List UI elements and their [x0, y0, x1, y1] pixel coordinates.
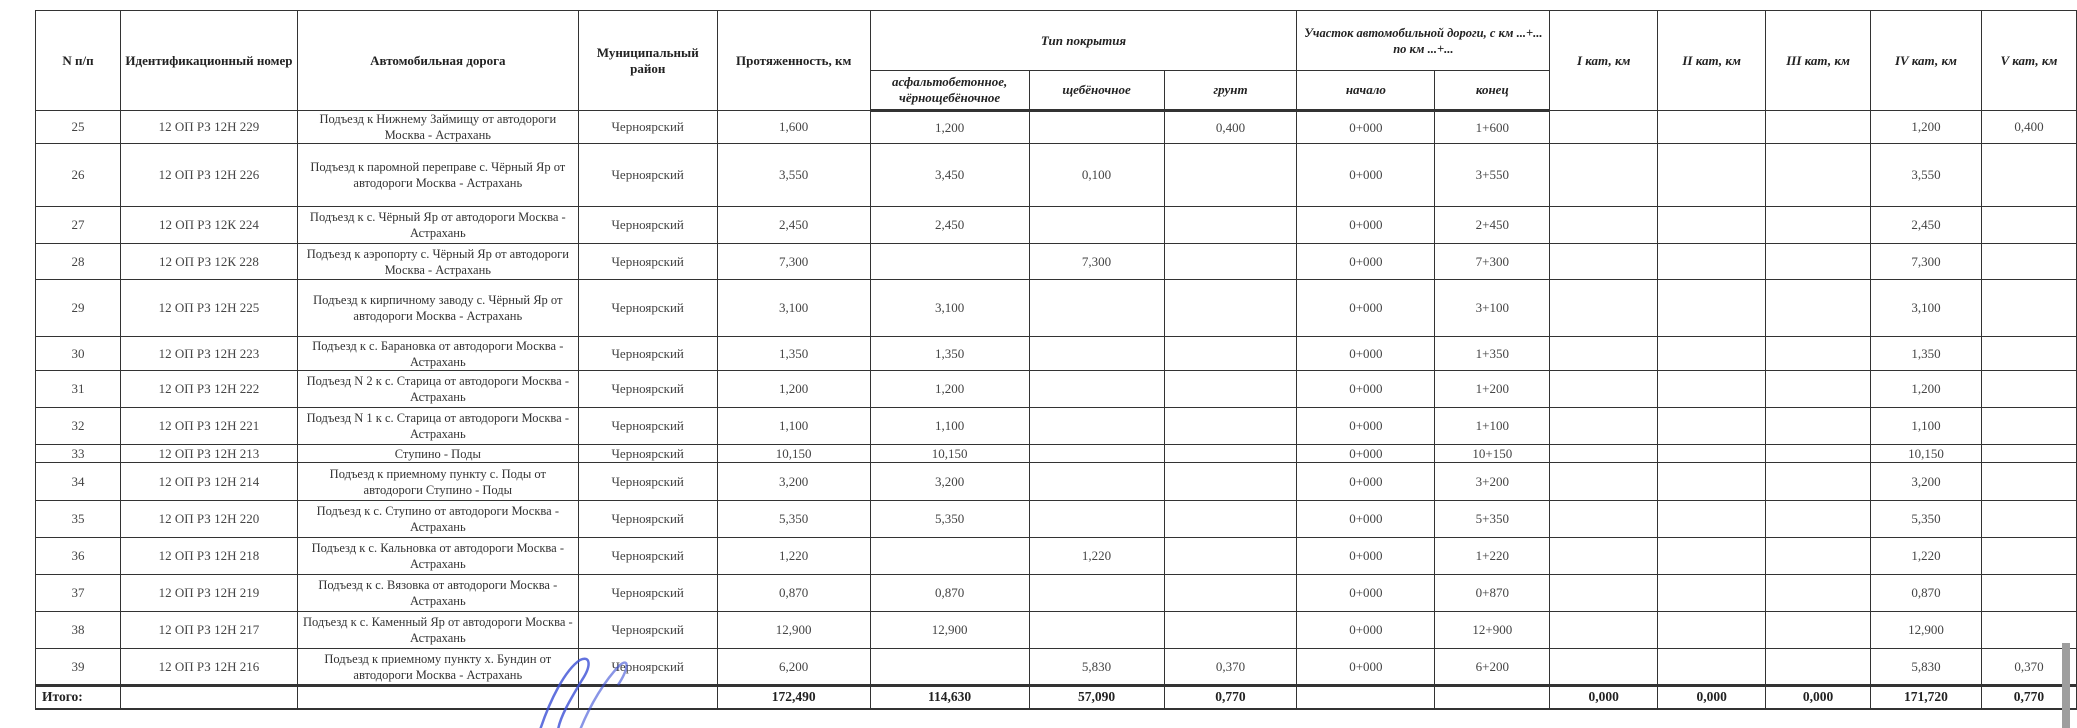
table-row: 2612 ОП РЗ 12Н 226Подъезд к паромной пер…	[36, 144, 2077, 207]
row-start: 0+000	[1297, 244, 1435, 280]
row-cat-5	[1981, 445, 2076, 463]
row-road: Подъезд к приемному пункту х. Бундин от …	[297, 649, 578, 686]
row-id: 12 ОП РЗ 12Н 216	[120, 649, 297, 686]
table-row: 3012 ОП РЗ 12Н 223Подъезд к с. Барановка…	[36, 337, 2077, 371]
row-asphalt: 3,200	[870, 463, 1029, 501]
row-road: Подъезд к Нижнему Займищу от автодороги …	[297, 111, 578, 144]
row-cat-3	[1766, 538, 1871, 575]
row-cat-1	[1550, 280, 1658, 337]
header-district: Муниципальный район	[578, 11, 717, 111]
row-length: 1,200	[717, 371, 870, 408]
row-gravel	[1029, 207, 1164, 244]
row-number: 28	[36, 244, 121, 280]
row-gravel	[1029, 612, 1164, 649]
row-cat-3	[1766, 612, 1871, 649]
row-id: 12 ОП РЗ 12Н 214	[120, 463, 297, 501]
row-soil	[1164, 612, 1297, 649]
row-cat-2	[1658, 111, 1766, 144]
row-cat-4: 10,150	[1871, 445, 1982, 463]
row-district: Черноярский	[578, 501, 717, 538]
row-cat-5	[1981, 207, 2076, 244]
row-district: Черноярский	[578, 207, 717, 244]
row-district: Черноярский	[578, 408, 717, 445]
row-cat-2	[1658, 337, 1766, 371]
row-end: 1+200	[1435, 371, 1550, 408]
header-cat-3: III кат, км	[1766, 11, 1871, 111]
row-cat-1	[1550, 649, 1658, 686]
row-cat-1	[1550, 111, 1658, 144]
row-number: 35	[36, 501, 121, 538]
row-number: 36	[36, 538, 121, 575]
row-cat-4: 3,200	[1871, 463, 1982, 501]
total-asphalt: 114,630	[870, 686, 1029, 709]
row-soil	[1164, 501, 1297, 538]
row-cat-2	[1658, 445, 1766, 463]
row-number: 30	[36, 337, 121, 371]
row-asphalt: 0,870	[870, 575, 1029, 612]
header-section-group: Участок автомобильной дороги, с км ...+.…	[1297, 11, 1550, 71]
row-district: Черноярский	[578, 649, 717, 686]
row-asphalt: 1,200	[870, 371, 1029, 408]
table-row: 3612 ОП РЗ 12Н 218Подъезд к с. Кальновка…	[36, 538, 2077, 575]
row-cat-5	[1981, 501, 2076, 538]
row-cat-4: 1,200	[1871, 371, 1982, 408]
row-gravel	[1029, 501, 1164, 538]
row-start: 0+000	[1297, 649, 1435, 686]
header-n: N п/п	[36, 11, 121, 111]
header-section-start: начало	[1297, 71, 1435, 111]
row-road: Подъезд к с. Кальновка от автодороги Мос…	[297, 538, 578, 575]
row-asphalt: 2,450	[870, 207, 1029, 244]
row-id: 12 ОП РЗ 12Н 213	[120, 445, 297, 463]
row-end: 1+350	[1435, 337, 1550, 371]
total-gravel: 57,090	[1029, 686, 1164, 709]
row-length: 0,870	[717, 575, 870, 612]
row-end: 3+100	[1435, 280, 1550, 337]
total-row: Итого: 172,490 114,630 57,090 0,770 0,00…	[36, 686, 2077, 709]
row-cat-4: 12,900	[1871, 612, 1982, 649]
row-start: 0+000	[1297, 612, 1435, 649]
row-gravel: 0,100	[1029, 144, 1164, 207]
row-end: 10+150	[1435, 445, 1550, 463]
row-id: 12 ОП РЗ 12Н 222	[120, 371, 297, 408]
total-cat-4: 171,720	[1871, 686, 1982, 709]
row-id: 12 ОП РЗ 12Н 225	[120, 280, 297, 337]
row-start: 0+000	[1297, 207, 1435, 244]
row-road: Подъезд к приемному пункту с. Поды от ав…	[297, 463, 578, 501]
row-soil	[1164, 371, 1297, 408]
table-row: 3312 ОП РЗ 12Н 213Ступино - ПодыЧерноярс…	[36, 445, 2077, 463]
row-district: Черноярский	[578, 445, 717, 463]
row-gravel	[1029, 408, 1164, 445]
row-cat-4: 5,350	[1871, 501, 1982, 538]
row-gravel	[1029, 371, 1164, 408]
row-district: Черноярский	[578, 575, 717, 612]
row-length: 6,200	[717, 649, 870, 686]
row-road: Подъезд к с. Барановка от автодороги Мос…	[297, 337, 578, 371]
row-soil: 0,370	[1164, 649, 1297, 686]
row-length: 7,300	[717, 244, 870, 280]
row-length: 10,150	[717, 445, 870, 463]
row-cat-3	[1766, 207, 1871, 244]
row-cat-1	[1550, 538, 1658, 575]
row-start: 0+000	[1297, 501, 1435, 538]
row-cat-4: 5,830	[1871, 649, 1982, 686]
row-start: 0+000	[1297, 445, 1435, 463]
row-gravel	[1029, 280, 1164, 337]
row-cat-2	[1658, 280, 1766, 337]
row-cat-3	[1766, 408, 1871, 445]
total-label: Итого:	[36, 686, 121, 709]
row-cat-2	[1658, 207, 1766, 244]
row-road: Подъезд к кирпичному заводу с. Чёрный Яр…	[297, 280, 578, 337]
row-number: 31	[36, 371, 121, 408]
row-cat-3	[1766, 649, 1871, 686]
row-length: 1,100	[717, 408, 870, 445]
row-cat-3	[1766, 445, 1871, 463]
row-road: Подъезд к с. Ступино от автодороги Москв…	[297, 501, 578, 538]
row-end: 7+300	[1435, 244, 1550, 280]
row-gravel: 5,830	[1029, 649, 1164, 686]
row-cat-1	[1550, 575, 1658, 612]
row-road: Ступино - Поды	[297, 445, 578, 463]
row-cat-5	[1981, 463, 2076, 501]
row-gravel	[1029, 111, 1164, 144]
row-cat-2	[1658, 244, 1766, 280]
row-gravel: 1,220	[1029, 538, 1164, 575]
row-asphalt	[870, 244, 1029, 280]
header-length: Протяженность, км	[717, 11, 870, 111]
row-id: 12 ОП РЗ 12К 228	[120, 244, 297, 280]
row-number: 39	[36, 649, 121, 686]
row-end: 12+900	[1435, 612, 1550, 649]
table-row: 3812 ОП РЗ 12Н 217Подъезд к с. Каменный …	[36, 612, 2077, 649]
row-end: 1+220	[1435, 538, 1550, 575]
row-district: Черноярский	[578, 371, 717, 408]
row-road: Подъезд к аэропорту с. Чёрный Яр от авто…	[297, 244, 578, 280]
row-cat-2	[1658, 538, 1766, 575]
row-soil	[1164, 280, 1297, 337]
row-cat-1	[1550, 337, 1658, 371]
row-id: 12 ОП РЗ 12К 224	[120, 207, 297, 244]
row-district: Черноярский	[578, 244, 717, 280]
row-number: 34	[36, 463, 121, 501]
row-asphalt: 3,100	[870, 280, 1029, 337]
row-road: Подъезд N 1 к с. Старица от автодороги М…	[297, 408, 578, 445]
row-asphalt: 5,350	[870, 501, 1029, 538]
row-asphalt: 1,200	[870, 111, 1029, 144]
row-cat-4: 1,100	[1871, 408, 1982, 445]
row-district: Черноярский	[578, 337, 717, 371]
row-district: Черноярский	[578, 538, 717, 575]
row-cat-3	[1766, 371, 1871, 408]
row-asphalt: 1,350	[870, 337, 1029, 371]
row-cat-3	[1766, 111, 1871, 144]
header-cat-4: IV кат, км	[1871, 11, 1982, 111]
row-length: 3,100	[717, 280, 870, 337]
table-row: 3212 ОП РЗ 12Н 221Подъезд N 1 к с. Стари…	[36, 408, 2077, 445]
row-length: 1,220	[717, 538, 870, 575]
row-start: 0+000	[1297, 575, 1435, 612]
row-soil	[1164, 445, 1297, 463]
row-cat-1	[1550, 501, 1658, 538]
header-surface-asphalt: асфальтобетонное, чёрнощебёночное	[870, 71, 1029, 111]
row-district: Черноярский	[578, 111, 717, 144]
row-cat-5	[1981, 408, 2076, 445]
row-asphalt: 3,450	[870, 144, 1029, 207]
row-id: 12 ОП РЗ 12Н 221	[120, 408, 297, 445]
row-road: Подъезд N 2 к с. Старица от автодороги М…	[297, 371, 578, 408]
row-cat-5	[1981, 244, 2076, 280]
row-gravel: 7,300	[1029, 244, 1164, 280]
header-surface-gravel: щебёночное	[1029, 71, 1164, 111]
table-row: 2512 ОП РЗ 12Н 229Подъезд к Нижнему Займ…	[36, 111, 2077, 144]
row-id: 12 ОП РЗ 12Н 226	[120, 144, 297, 207]
row-cat-2	[1658, 575, 1766, 612]
row-cat-4: 3,100	[1871, 280, 1982, 337]
row-cat-5: 0,400	[1981, 111, 2076, 144]
row-start: 0+000	[1297, 144, 1435, 207]
row-gravel	[1029, 463, 1164, 501]
row-asphalt: 1,100	[870, 408, 1029, 445]
row-cat-2	[1658, 371, 1766, 408]
vertical-scrollbar[interactable]	[2062, 643, 2070, 728]
table-row: 3112 ОП РЗ 12Н 222Подъезд N 2 к с. Стари…	[36, 371, 2077, 408]
row-cat-2	[1658, 649, 1766, 686]
row-cat-4: 0,870	[1871, 575, 1982, 612]
row-cat-5	[1981, 538, 2076, 575]
row-soil	[1164, 207, 1297, 244]
row-number: 32	[36, 408, 121, 445]
row-cat-5	[1981, 280, 2076, 337]
header-surface-group: Тип покрытия	[870, 11, 1297, 71]
row-cat-1	[1550, 408, 1658, 445]
row-end: 3+550	[1435, 144, 1550, 207]
row-soil	[1164, 463, 1297, 501]
row-number: 27	[36, 207, 121, 244]
table-row: 2812 ОП РЗ 12К 228Подъезд к аэропорту с.…	[36, 244, 2077, 280]
row-start: 0+000	[1297, 538, 1435, 575]
row-road: Подъезд к с. Каменный Яр от автодороги М…	[297, 612, 578, 649]
row-gravel	[1029, 337, 1164, 371]
row-cat-4: 2,450	[1871, 207, 1982, 244]
row-end: 1+100	[1435, 408, 1550, 445]
row-cat-1	[1550, 244, 1658, 280]
row-cat-4: 3,550	[1871, 144, 1982, 207]
row-cat-3	[1766, 575, 1871, 612]
row-cat-4: 1,220	[1871, 538, 1982, 575]
row-number: 33	[36, 445, 121, 463]
row-length: 2,450	[717, 207, 870, 244]
roads-table: N п/п Идентификационный номер Автомобиль…	[35, 10, 2077, 710]
row-end: 6+200	[1435, 649, 1550, 686]
row-soil	[1164, 337, 1297, 371]
row-start: 0+000	[1297, 280, 1435, 337]
row-end: 5+350	[1435, 501, 1550, 538]
row-end: 3+200	[1435, 463, 1550, 501]
row-id: 12 ОП РЗ 12Н 217	[120, 612, 297, 649]
row-asphalt	[870, 538, 1029, 575]
total-cat-1: 0,000	[1550, 686, 1658, 709]
row-asphalt	[870, 649, 1029, 686]
row-number: 29	[36, 280, 121, 337]
header-cat-5: V кат, км	[1981, 11, 2076, 111]
row-soil	[1164, 575, 1297, 612]
row-length: 3,200	[717, 463, 870, 501]
row-cat-1	[1550, 445, 1658, 463]
header-surface-soil: грунт	[1164, 71, 1297, 111]
row-start: 0+000	[1297, 371, 1435, 408]
row-cat-1	[1550, 612, 1658, 649]
row-asphalt: 12,900	[870, 612, 1029, 649]
row-district: Черноярский	[578, 612, 717, 649]
table-row: 3512 ОП РЗ 12Н 220Подъезд к с. Ступино о…	[36, 501, 2077, 538]
row-gravel	[1029, 575, 1164, 612]
row-cat-2	[1658, 144, 1766, 207]
row-cat-1	[1550, 207, 1658, 244]
table-row: 3412 ОП РЗ 12Н 214Подъезд к приемному пу…	[36, 463, 2077, 501]
header-road: Автомобильная дорога	[297, 11, 578, 111]
row-gravel	[1029, 445, 1164, 463]
table-row: 2912 ОП РЗ 12Н 225Подъезд к кирпичному з…	[36, 280, 2077, 337]
header-cat-2: II кат, км	[1658, 11, 1766, 111]
row-cat-2	[1658, 501, 1766, 538]
row-soil	[1164, 144, 1297, 207]
row-cat-3	[1766, 337, 1871, 371]
row-cat-2	[1658, 408, 1766, 445]
row-cat-1	[1550, 371, 1658, 408]
header-id: Идентификационный номер	[120, 11, 297, 111]
row-cat-2	[1658, 612, 1766, 649]
row-start: 0+000	[1297, 111, 1435, 144]
row-cat-4: 1,350	[1871, 337, 1982, 371]
row-cat-3	[1766, 244, 1871, 280]
row-cat-1	[1550, 144, 1658, 207]
table-row: 2712 ОП РЗ 12К 224Подъезд к с. Чёрный Яр…	[36, 207, 2077, 244]
row-length: 1,600	[717, 111, 870, 144]
row-soil	[1164, 538, 1297, 575]
row-length: 3,550	[717, 144, 870, 207]
table-row: 3712 ОП РЗ 12Н 219Подъезд к с. Вязовка о…	[36, 575, 2077, 612]
row-district: Черноярский	[578, 463, 717, 501]
row-cat-3	[1766, 280, 1871, 337]
row-id: 12 ОП РЗ 12Н 219	[120, 575, 297, 612]
row-cat-3	[1766, 463, 1871, 501]
row-end: 0+870	[1435, 575, 1550, 612]
row-district: Черноярский	[578, 280, 717, 337]
row-road: Подъезд к паромной переправе с. Чёрный Я…	[297, 144, 578, 207]
row-cat-1	[1550, 463, 1658, 501]
row-asphalt: 10,150	[870, 445, 1029, 463]
total-soil: 0,770	[1164, 686, 1297, 709]
row-length: 5,350	[717, 501, 870, 538]
row-number: 25	[36, 111, 121, 144]
row-cat-5	[1981, 371, 2076, 408]
row-soil	[1164, 244, 1297, 280]
row-soil: 0,400	[1164, 111, 1297, 144]
row-cat-4: 7,300	[1871, 244, 1982, 280]
row-road: Подъезд к с. Вязовка от автодороги Москв…	[297, 575, 578, 612]
header-cat-1: I кат, км	[1550, 11, 1658, 111]
row-id: 12 ОП РЗ 12Н 229	[120, 111, 297, 144]
row-cat-5	[1981, 144, 2076, 207]
header-section-end: конец	[1435, 71, 1550, 111]
row-start: 0+000	[1297, 463, 1435, 501]
total-cat-2: 0,000	[1658, 686, 1766, 709]
row-number: 38	[36, 612, 121, 649]
row-id: 12 ОП РЗ 12Н 220	[120, 501, 297, 538]
total-length: 172,490	[717, 686, 870, 709]
total-cat-3: 0,000	[1766, 686, 1871, 709]
row-start: 0+000	[1297, 337, 1435, 371]
table-row: 3912 ОП РЗ 12Н 216Подъезд к приемному пу…	[36, 649, 2077, 686]
row-number: 37	[36, 575, 121, 612]
row-number: 26	[36, 144, 121, 207]
row-soil	[1164, 408, 1297, 445]
row-end: 1+600	[1435, 111, 1550, 144]
row-length: 1,350	[717, 337, 870, 371]
row-id: 12 ОП РЗ 12Н 223	[120, 337, 297, 371]
row-cat-5	[1981, 575, 2076, 612]
row-end: 2+450	[1435, 207, 1550, 244]
row-start: 0+000	[1297, 408, 1435, 445]
row-cat-5	[1981, 337, 2076, 371]
row-district: Черноярский	[578, 144, 717, 207]
row-length: 12,900	[717, 612, 870, 649]
row-cat-3	[1766, 144, 1871, 207]
row-cat-2	[1658, 463, 1766, 501]
row-road: Подъезд к с. Чёрный Яр от автодороги Мос…	[297, 207, 578, 244]
row-cat-4: 1,200	[1871, 111, 1982, 144]
row-id: 12 ОП РЗ 12Н 218	[120, 538, 297, 575]
row-cat-3	[1766, 501, 1871, 538]
